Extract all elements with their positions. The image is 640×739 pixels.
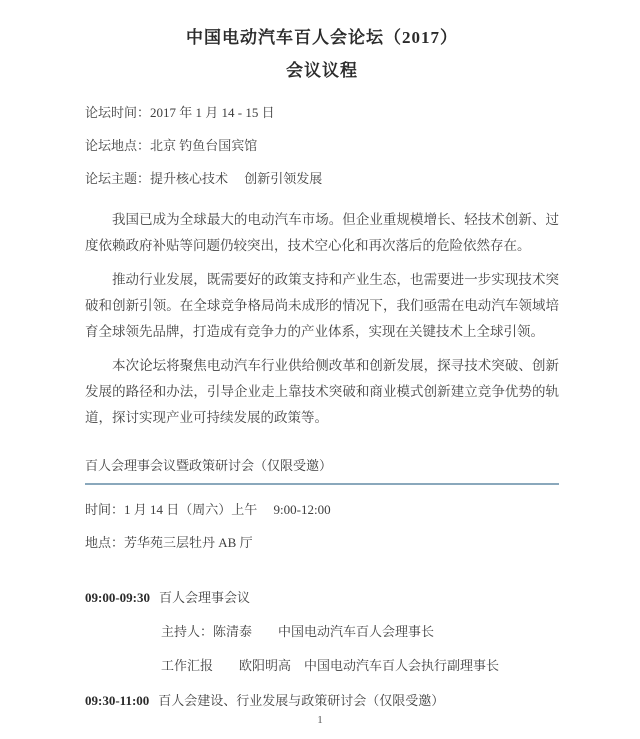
document-subtitle: 会议议程: [85, 60, 559, 82]
document-page: 中国电动汽车百人会论坛（2017） 会议议程 论坛时间：2017 年 1 月 1…: [0, 0, 640, 739]
page-number: 1: [0, 714, 640, 726]
forum-location-line: 论坛地点：北京 钓鱼台国宾馆: [85, 138, 559, 153]
intro-paragraph-1: 我国已成为全球最大的电动汽车市场。但企业重规模增长、轻技术创新、过度依赖政府补贴…: [85, 207, 559, 259]
forum-time-line: 论坛时间：2017 年 1 月 14 - 15 日: [85, 105, 559, 120]
session-time-line: 时间：1 月 14 日（周六）上午 9:00-12:00: [85, 502, 559, 518]
forum-meta: 论坛时间：2017 年 1 月 14 - 15 日 论坛地点：北京 钓鱼台国宾馆…: [85, 105, 559, 186]
session-location-value: 芳华苑三层牡丹 AB 厅: [124, 535, 253, 550]
intro-paragraphs: 我国已成为全球最大的电动汽车市场。但企业重规模增长、轻技术创新、过度依赖政府补贴…: [85, 207, 559, 431]
schedule-detail-moderator: 主持人：陈清泰 中国电动汽车百人会理事长: [161, 624, 559, 640]
intro-paragraph-2: 推动行业发展，既需要好的政策支持和产业生态，也需要进一步实现技术突破和创新引领。…: [85, 267, 559, 345]
schedule-item-time: 09:30-11:00: [85, 693, 149, 708]
schedule-item: 09:00-09:30百人会理事会议: [85, 589, 559, 606]
forum-location-value: 北京 钓鱼台国宾馆: [150, 138, 257, 153]
forum-theme-label: 论坛主题：: [85, 171, 150, 186]
forum-location-label: 论坛地点：: [85, 138, 150, 153]
schedule-item-time: 09:00-09:30: [85, 590, 150, 605]
forum-time-value: 2017 年 1 月 14 - 15 日: [150, 105, 275, 120]
document-title: 中国电动汽车百人会论坛（2017）: [85, 27, 559, 49]
session-time-value: 1 月 14 日（周六）上午 9:00-12:00: [124, 502, 331, 517]
schedule-detail-report: 工作汇报 欧阳明高 中国电动汽车百人会执行副理事长: [161, 658, 559, 674]
session-header: 百人会理事会议暨政策研讨会（仅限受邀）: [85, 458, 559, 485]
forum-theme-line: 论坛主题：提升核心技术 创新引领发展: [85, 171, 559, 186]
intro-paragraph-3: 本次论坛将聚焦电动汽车行业供给侧改革和创新发展，探寻技术突破、创新发展的路径和办…: [85, 353, 559, 431]
session-location-line: 地点：芳华苑三层牡丹 AB 厅: [85, 535, 559, 551]
schedule-item-title: 百人会理事会议: [159, 590, 250, 605]
forum-time-label: 论坛时间：: [85, 105, 150, 120]
forum-theme-value: 提升核心技术 创新引领发展: [150, 171, 322, 186]
schedule-item: 09:30-11:00百人会建设、行业发展与政策研讨会（仅限受邀）: [85, 692, 559, 709]
session-location-label: 地点：: [85, 535, 124, 550]
schedule-item-title: 百人会建设、行业发展与政策研讨会（仅限受邀）: [158, 693, 444, 708]
schedule-list: 09:00-09:30百人会理事会议 主持人：陈清泰 中国电动汽车百人会理事长 …: [85, 589, 559, 709]
session-time-label: 时间：: [85, 502, 124, 517]
